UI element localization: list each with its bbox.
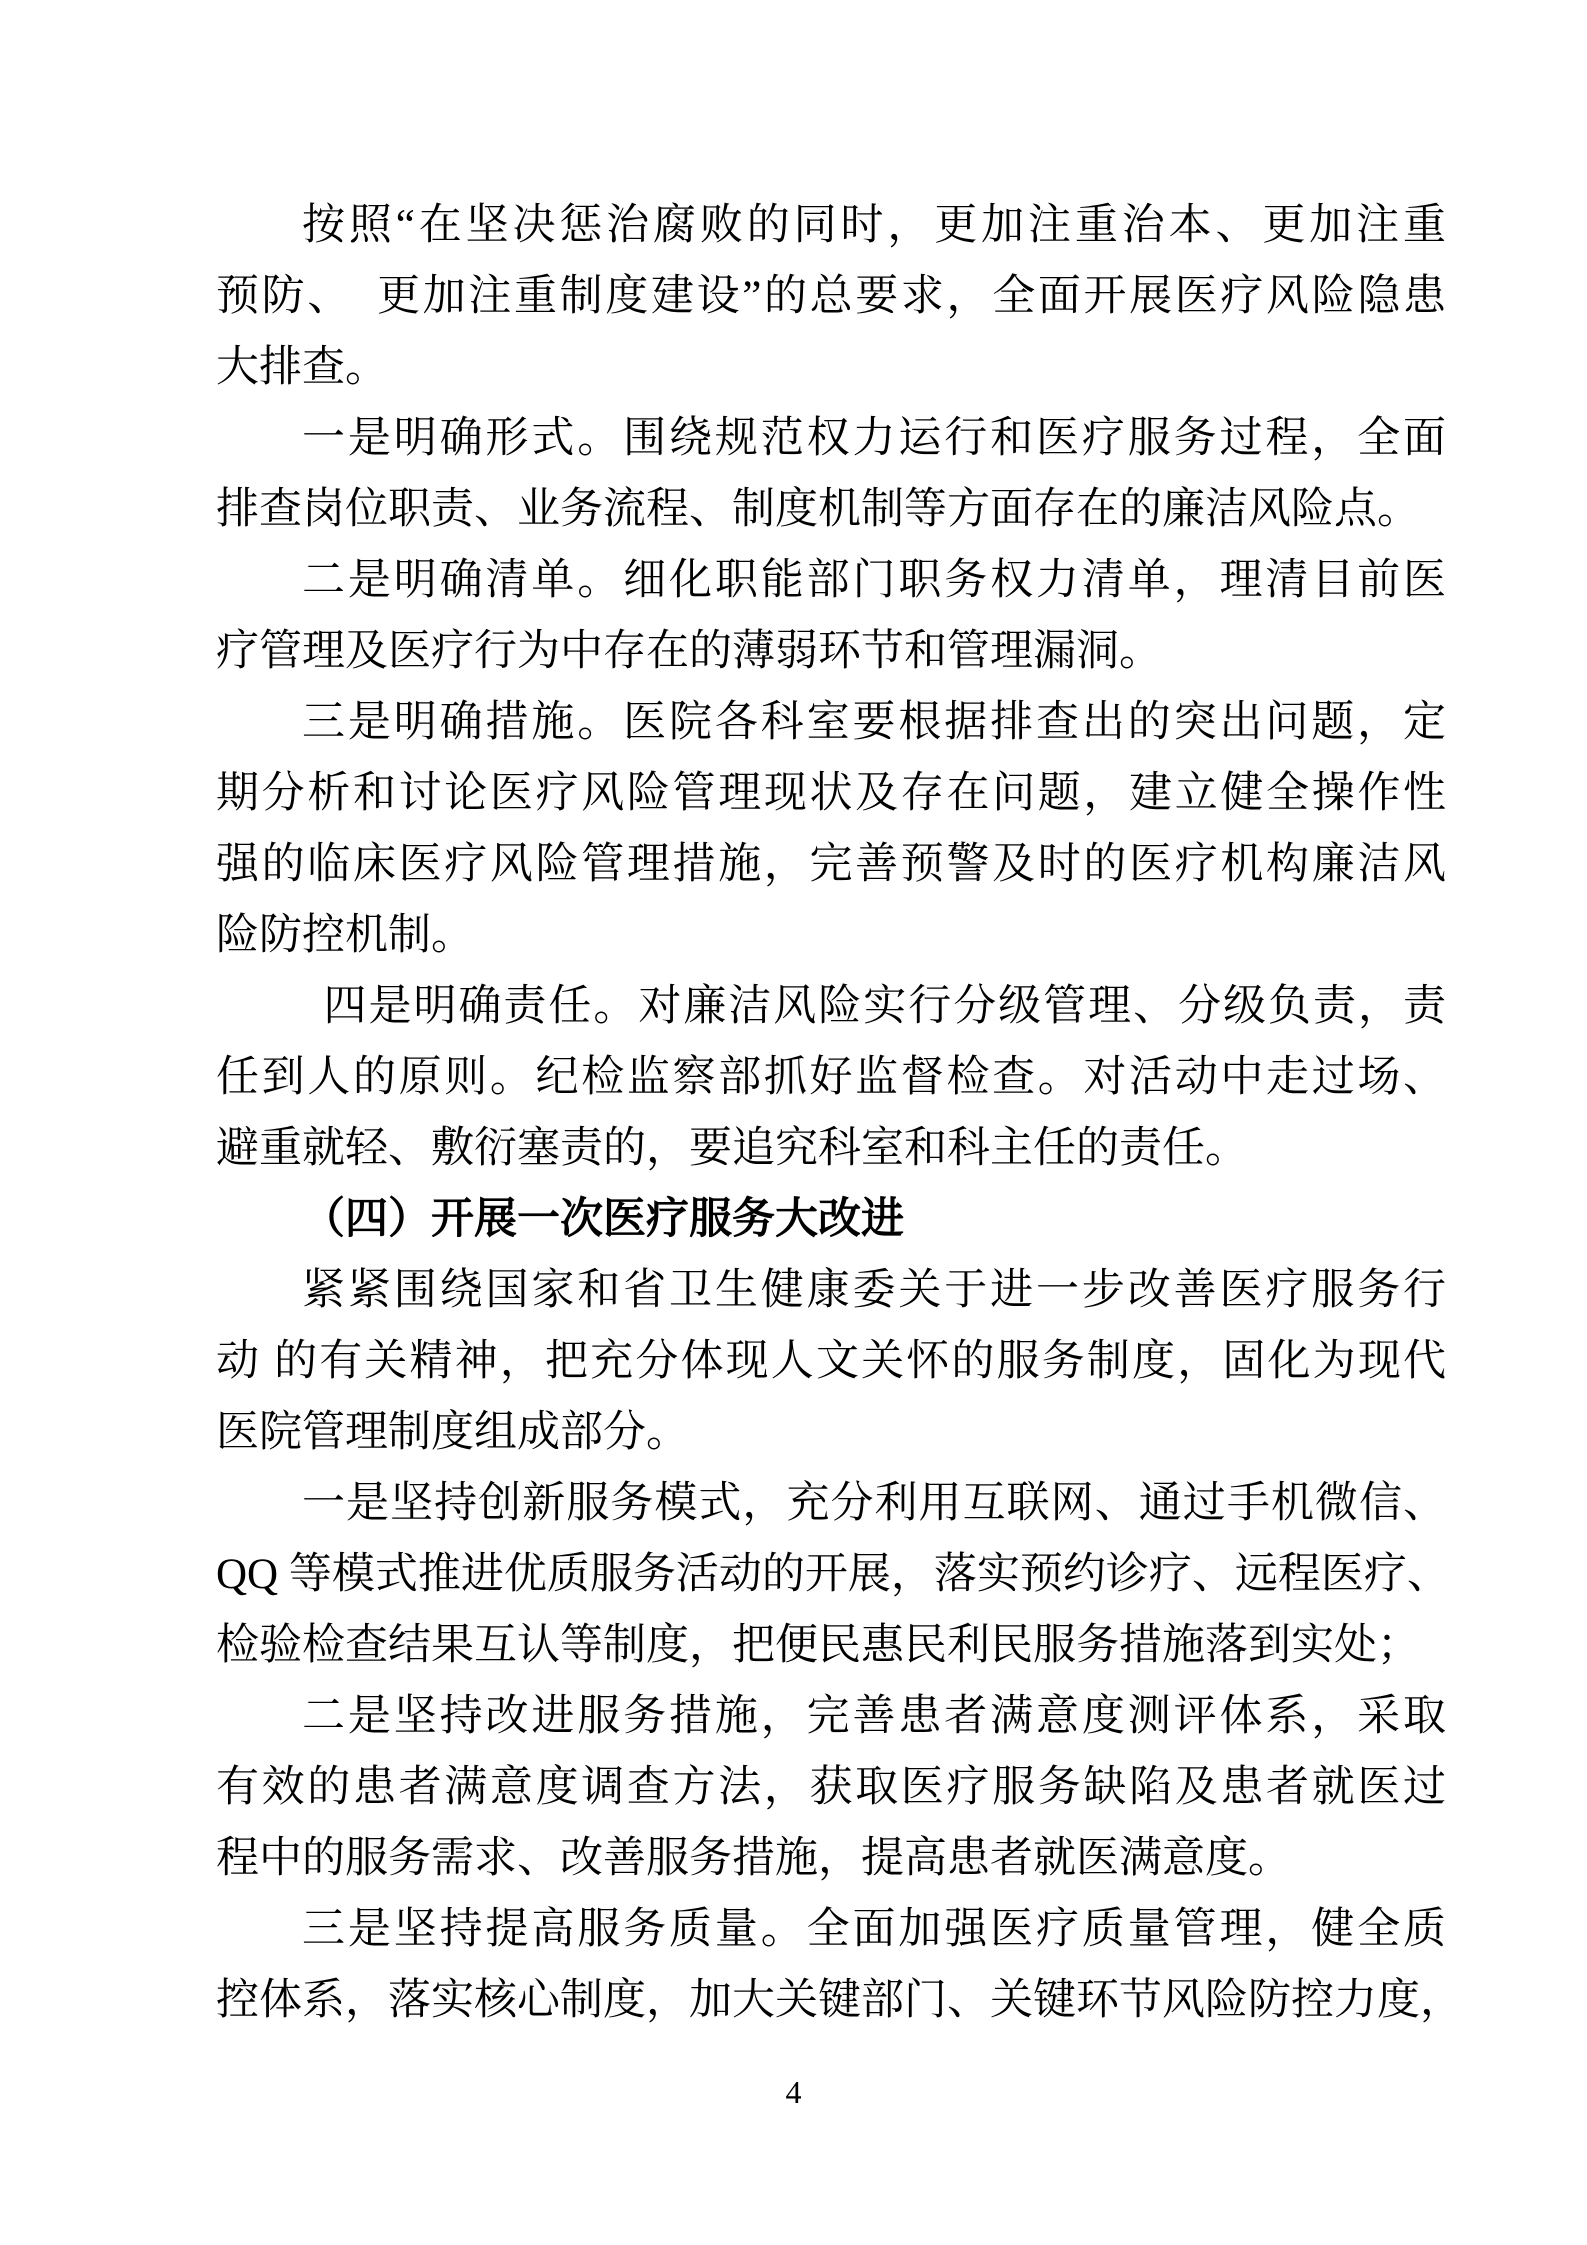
paragraph: 三是坚持提高服务质量。全面加强医疗质量管理，健全质控体系，落实核心制度，加大关键… bbox=[216, 1894, 1446, 2036]
text-line: 动 的有关精神，把充分体现人文关怀的服务制度，固化为现代 bbox=[216, 1326, 1446, 1397]
text-line: 一是明确形式。围绕规范权力运行和医疗服务过程，全面 bbox=[216, 403, 1446, 474]
paragraph: 二是坚持改进服务措施，完善患者满意度测评体系，采取有效的患者满意度调查方法，获取… bbox=[216, 1681, 1446, 1894]
text-line: 避重就轻、敷衍塞责的，要追究科室和科主任的责任。 bbox=[216, 1113, 1446, 1184]
paragraph: 按照“在坚决惩治腐败的同时，更加注重治本、更加注重预防、 更加注重制度建设”的总… bbox=[216, 190, 1446, 403]
page-number: 4 bbox=[0, 2072, 1587, 2112]
text-line: 险防控机制。 bbox=[216, 900, 1446, 971]
paragraph: 紧紧围绕国家和省卫生健康委关于进一步改善医疗服务行动 的有关精神，把充分体现人文… bbox=[216, 1255, 1446, 1468]
text-line: 强的临床医疗风险管理措施，完善预警及时的医疗机构廉洁风 bbox=[216, 829, 1446, 900]
document-body: 按照“在坚决惩治腐败的同时，更加注重治本、更加注重预防、 更加注重制度建设”的总… bbox=[216, 190, 1446, 2036]
text-line: 一是坚持创新服务模式，充分利用互联网、通过手机微信、 bbox=[216, 1468, 1446, 1539]
document-page: 按照“在坚决惩治腐败的同时，更加注重治本、更加注重预防、 更加注重制度建设”的总… bbox=[0, 0, 1587, 2245]
text-line: 疗管理及医疗行为中存在的薄弱环节和管理漏洞。 bbox=[216, 616, 1446, 687]
paragraph: 一是明确形式。围绕规范权力运行和医疗服务过程，全面排查岗位职责、业务流程、制度机… bbox=[216, 403, 1446, 545]
text-line: 三是坚持提高服务质量。全面加强医疗质量管理，健全质 bbox=[216, 1894, 1446, 1965]
text-line: （四）开展一次医疗服务大改进 bbox=[216, 1184, 1446, 1255]
text-line: 二是明确清单。细化职能部门职务权力清单，理清目前医 bbox=[216, 545, 1446, 616]
paragraph: 一是坚持创新服务模式，充分利用互联网、通过手机微信、QQ 等模式推进优质服务活动… bbox=[216, 1468, 1446, 1681]
paragraph: 三是明确措施。医院各科室要根据排查出的突出问题，定期分析和讨论医疗风险管理现状及… bbox=[216, 687, 1446, 971]
text-line: 程中的服务需求、改善服务措施，提高患者就医满意度。 bbox=[216, 1823, 1446, 1894]
section-heading: （四）开展一次医疗服务大改进 bbox=[216, 1184, 1446, 1255]
text-line: 有效的患者满意度调查方法，获取医疗服务缺陷及患者就医过 bbox=[216, 1752, 1446, 1823]
text-line: 三是明确措施。医院各科室要根据排查出的突出问题，定 bbox=[216, 687, 1446, 758]
text-line: QQ 等模式推进优质服务活动的开展，落实预约诊疗、远程医疗、 bbox=[216, 1539, 1446, 1610]
text-line: 检验检查结果互认等制度，把便民惠民利民服务措施落到实处； bbox=[216, 1610, 1446, 1681]
text-line: 控体系，落实核心制度，加大关键部门、关键环节风险防控力度， bbox=[216, 1965, 1446, 2036]
text-line: 任到人的原则。纪检监察部抓好监督检查。对活动中走过场、 bbox=[216, 1042, 1446, 1113]
text-line: 期分析和讨论医疗风险管理现状及存在问题，建立健全操作性 bbox=[216, 758, 1446, 829]
text-line: 四是明确责任。对廉洁风险实行分级管理、分级负责，责 bbox=[216, 971, 1446, 1042]
text-line: 医院管理制度组成部分。 bbox=[216, 1397, 1446, 1468]
text-line: 紧紧围绕国家和省卫生健康委关于进一步改善医疗服务行 bbox=[216, 1255, 1446, 1326]
paragraph: 四是明确责任。对廉洁风险实行分级管理、分级负责，责任到人的原则。纪检监察部抓好监… bbox=[216, 971, 1446, 1184]
text-line: 预防、 更加注重制度建设”的总要求，全面开展医疗风险隐患 bbox=[216, 261, 1446, 332]
text-line: 按照“在坚决惩治腐败的同时，更加注重治本、更加注重 bbox=[216, 190, 1446, 261]
text-line: 大排查。 bbox=[216, 332, 1446, 403]
text-line: 二是坚持改进服务措施，完善患者满意度测评体系，采取 bbox=[216, 1681, 1446, 1752]
text-line: 排查岗位职责、业务流程、制度机制等方面存在的廉洁风险点。 bbox=[216, 474, 1446, 545]
paragraph: 二是明确清单。细化职能部门职务权力清单，理清目前医疗管理及医疗行为中存在的薄弱环… bbox=[216, 545, 1446, 687]
